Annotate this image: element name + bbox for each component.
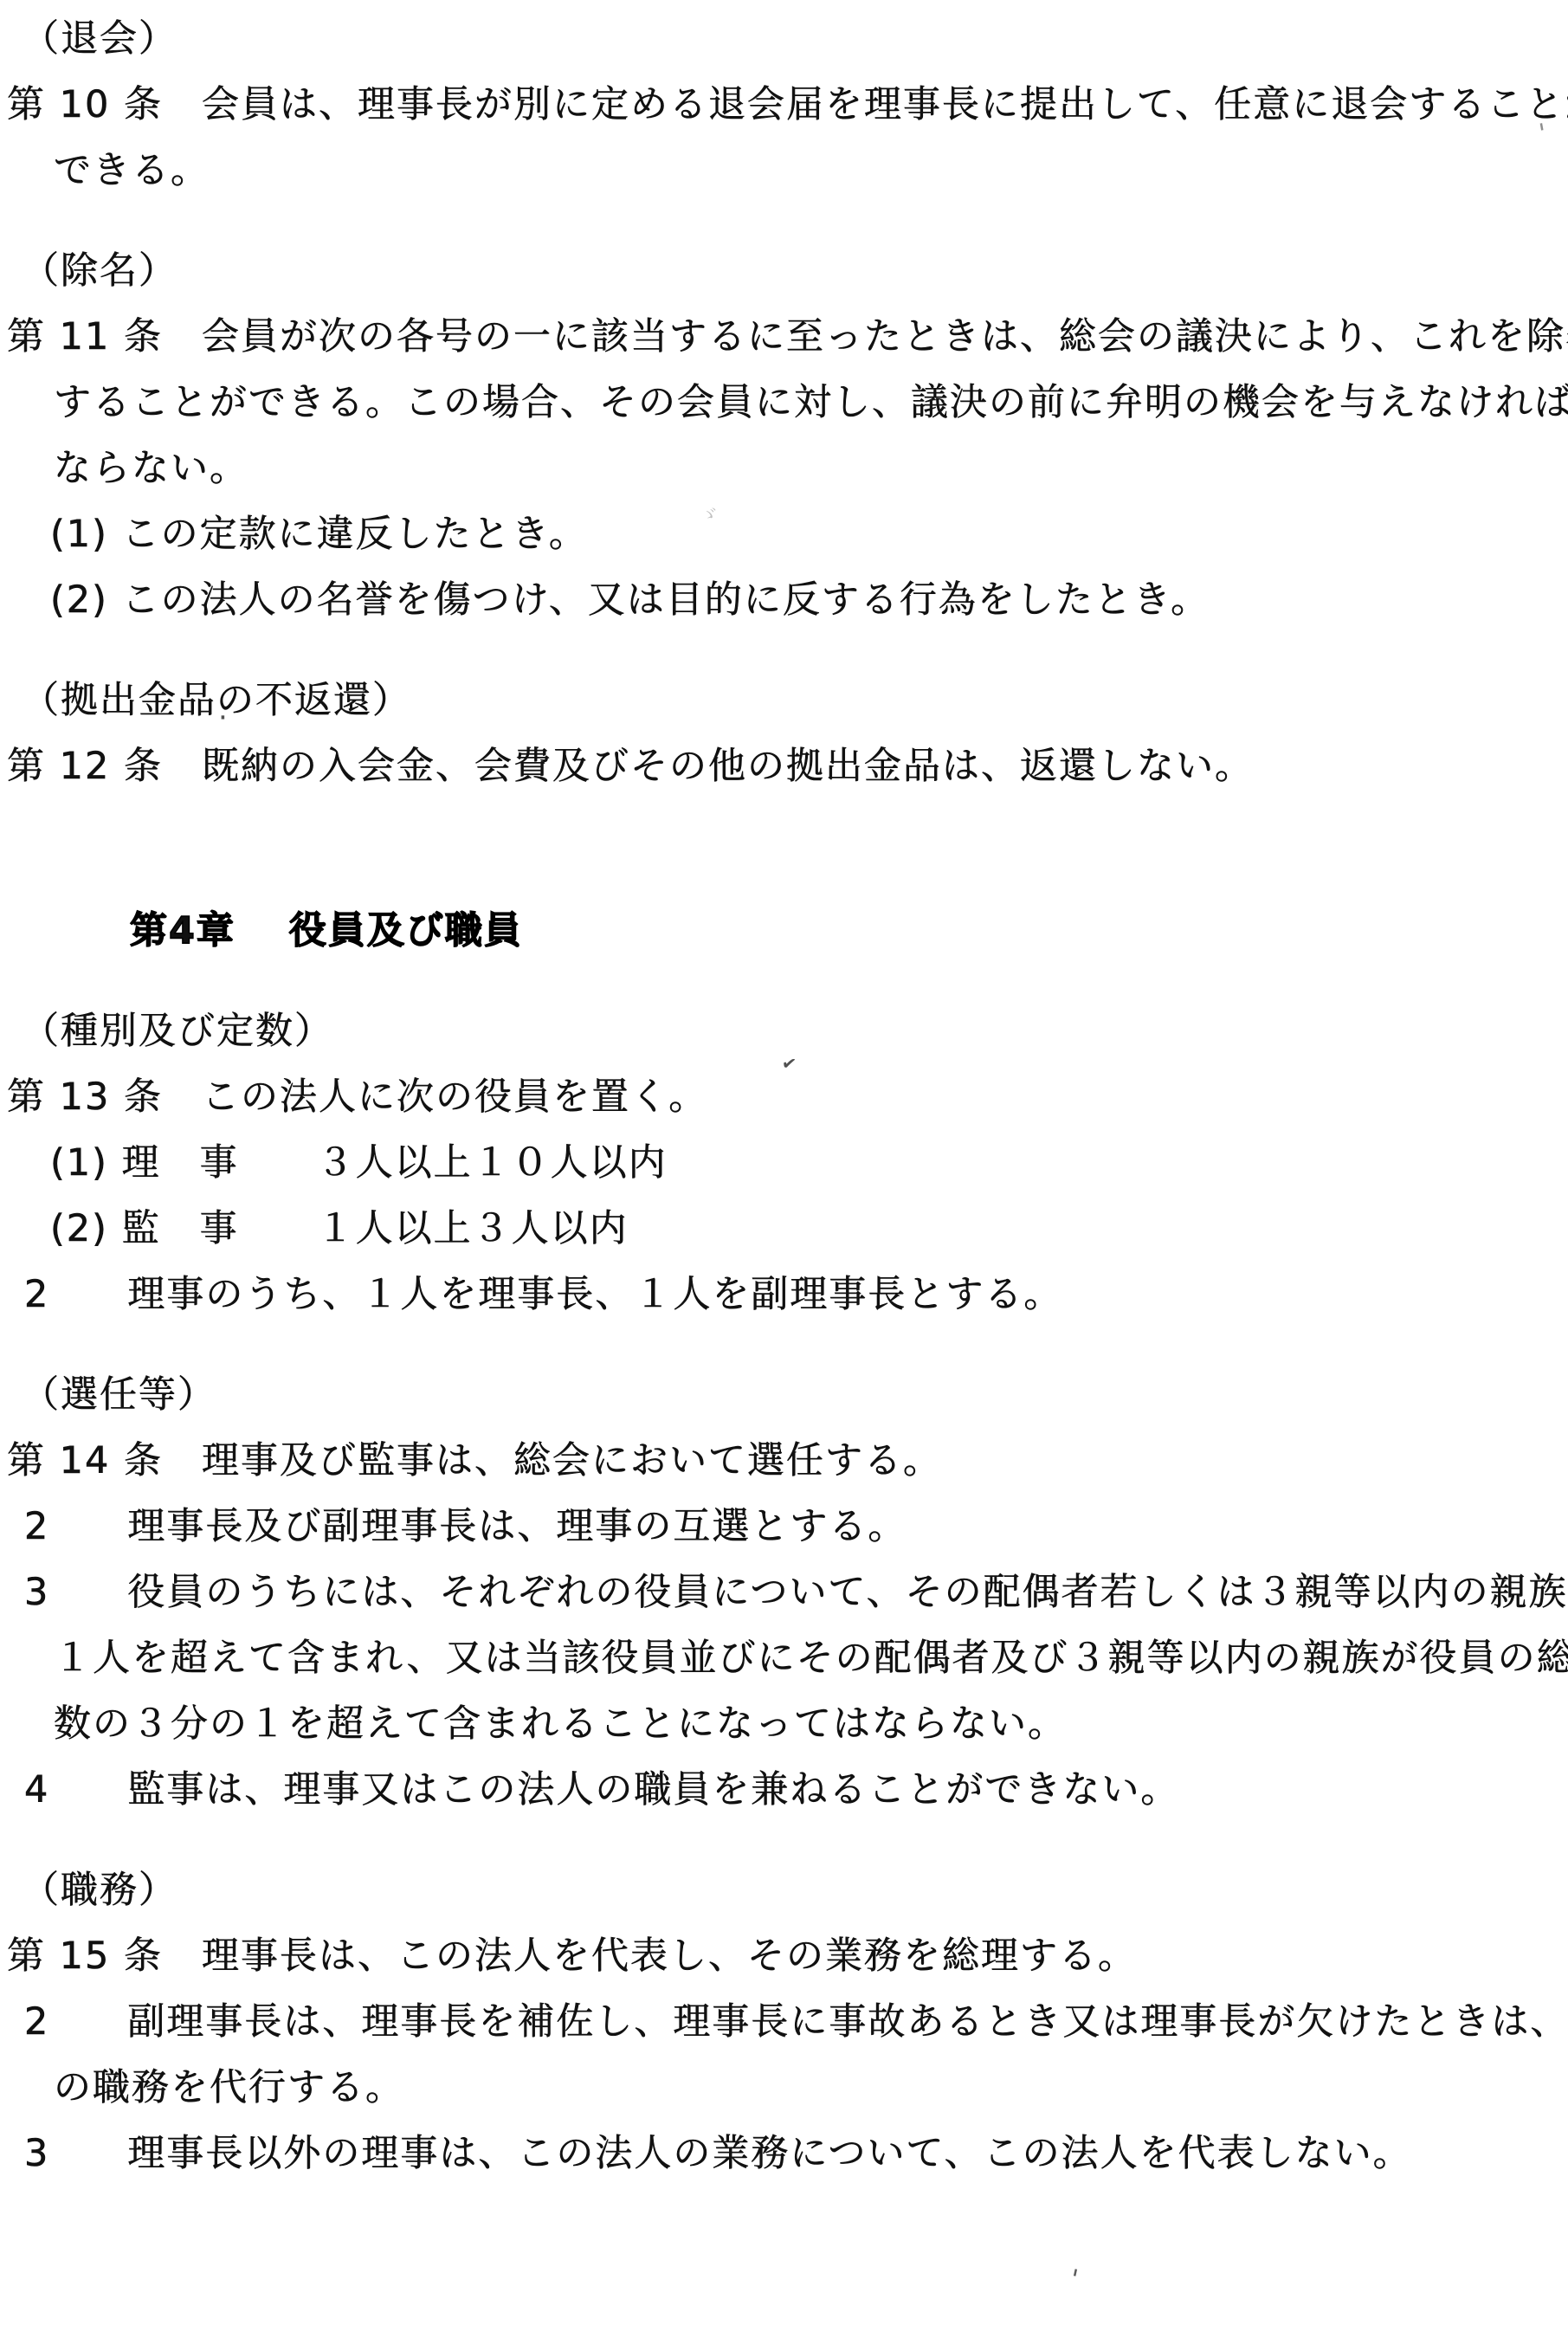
article-11-item-2: (2) この法人の名誉を傷つけ、又は目的に反する行為をしたとき。 xyxy=(50,578,1568,622)
article-10-line-2: できる。 xyxy=(54,149,1568,192)
article-13-item-1: (1) 理 事 ３人以上１０人以内 xyxy=(50,1141,1568,1185)
article-11-line-1: 第 11 条 会員が次の各号の一に該当するに至ったときは、総会の議決により、これ… xyxy=(7,315,1568,358)
section-label-jomei: （除名） xyxy=(22,249,1568,293)
document-body: （退会）第 10 条 会員は、理事長が別に定める退会届を理事長に提出して、任意に… xyxy=(0,0,1568,2198)
article-12-line-1: 第 12 条 既納の入会金、会費及びその他の拠出金品は、返還しない。 xyxy=(7,745,1568,788)
article-14-para-3-line-3: 数の３分の１を超えて含まれることになってはならない。 xyxy=(54,1702,1568,1746)
scan-speck-last-line: ' xyxy=(1068,2266,1080,2293)
article-14-para-2: 2 理事長及び副理事長は、理事の互選とする。 xyxy=(24,1505,1568,1548)
chapter-4-heading: 第4章 役員及び職員 xyxy=(130,909,1568,953)
section-label-shokumu: （職務） xyxy=(22,1869,1568,1912)
article-13-para-2: 2 理事のうち、１人を理事長、１人を副理事長とする。 xyxy=(24,1273,1568,1316)
article-15-para-2-line-1: 2 副理事長は、理事長を補佐し、理事長に事故あるとき又は理事長が欠けたときは、そ xyxy=(24,2000,1568,2044)
section-label-sennin: （選任等） xyxy=(22,1373,1568,1417)
article-15-para-3: 3 理事長以外の理事は、この法人の業務について、この法人を代表しない。 xyxy=(24,2132,1568,2175)
article-11-line-3: ならない。 xyxy=(54,447,1568,490)
section-label-shubetsu: （種別及び定数） xyxy=(22,1010,1568,1053)
article-15-line-1: 第 15 条 理事長は、この法人を代表し、その業務を総理する。 xyxy=(7,1934,1568,1978)
article-13-item-2: (2) 監 事 １人以上３人以内 xyxy=(50,1207,1568,1250)
section-label-kyoshutsu: （拠出金品の不返還） xyxy=(22,679,1568,722)
article-15-para-2-line-2: の職務を代行する。 xyxy=(54,2066,1568,2109)
article-14-para-3-line-2: １人を超えて含まれ、又は当該役員並びにその配偶者及び３親等以内の親族が役員の総 xyxy=(54,1637,1568,1680)
article-14-line-1: 第 14 条 理事及び監事は、総会において選任する。 xyxy=(7,1439,1568,1482)
article-13-line-1: 第 13 条 この法人に次の役員を置く。 xyxy=(7,1075,1568,1119)
article-11-item-1: (1) この定款に違反したとき。 xyxy=(50,513,1568,556)
article-14-para-3-line-1: 3 役員のうちには、それぞれの役員について、その配偶者若しくは３親等以内の親族が xyxy=(24,1571,1568,1614)
article-14-para-4: 4 監事は、理事又はこの法人の職員を兼ねることができない。 xyxy=(24,1768,1568,1812)
article-10-line-1: 第 10 条 会員は、理事長が別に定める退会届を理事長に提出して、任意に退会する… xyxy=(7,83,1568,126)
document-page: （退会）第 10 条 会員は、理事長が別に定める退会届を理事長に提出して、任意に… xyxy=(0,0,1568,2338)
section-label-taikai: （退会） xyxy=(22,17,1568,61)
article-11-line-2: することができる。この場合、その会員に対し、議決の前に弁明の機会を与えなければ xyxy=(54,381,1568,424)
